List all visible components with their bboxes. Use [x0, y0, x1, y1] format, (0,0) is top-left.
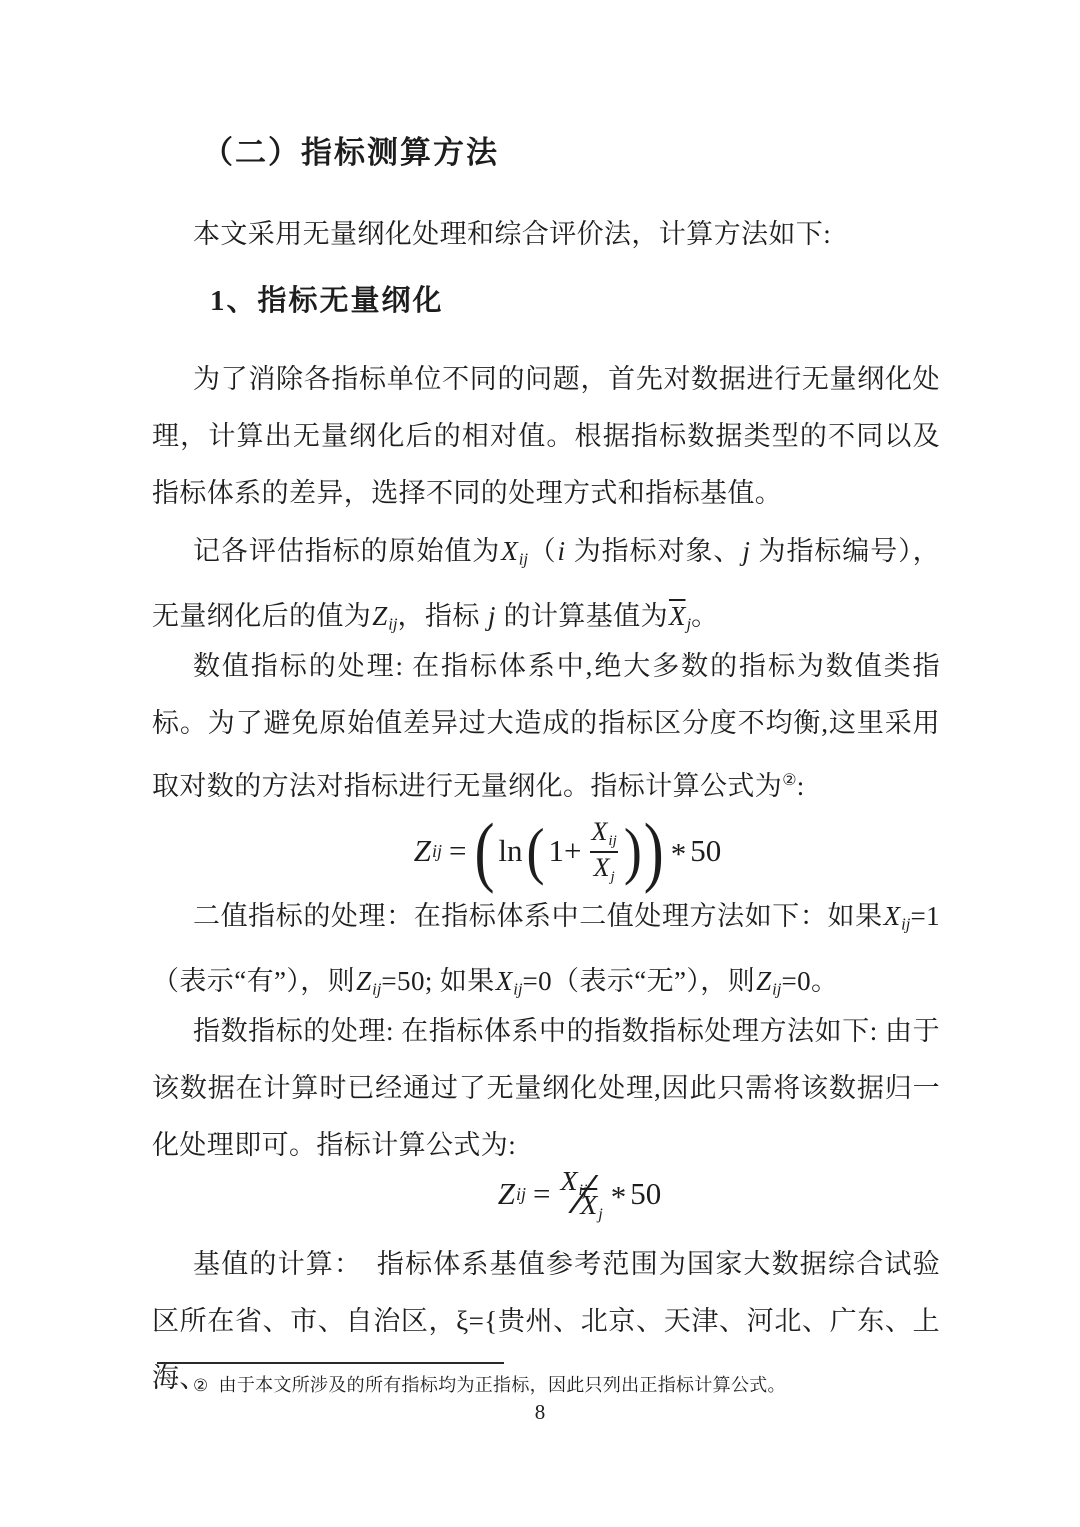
fraction-denominator: Xj [590, 851, 618, 886]
formula-log-transform: Zij = ( ln ( 1+ Xij Xj ) ) * 50 [152, 806, 938, 896]
intro-paragraph: 本文采用无量纲化处理和综合评价法，计算方法如下: [152, 206, 940, 263]
factor-50: 50 [630, 1176, 661, 1212]
formula-ratio-body: Zij = Xij ∕ Xj * 50 [497, 1165, 662, 1223]
close-paren-inner: ) [624, 819, 642, 883]
subsection-heading: 1、指标无量纲化 [152, 279, 996, 323]
footnote-text: 由于本文所涉及的所有指标均为正指标，因此只列出正指标计算公式。 [219, 1375, 786, 1395]
equals-sign: = [533, 1176, 550, 1212]
section-heading: （二）指标测算方法 [152, 131, 988, 175]
formula-lhs: Z [413, 833, 432, 869]
equals-sign: = [449, 833, 466, 869]
ln-operator: ln [498, 833, 522, 869]
formula-log-body: Zij = ( ln ( 1+ Xij Xj ) ) * 50 [413, 817, 722, 886]
skew-denominator: Xj [579, 1190, 603, 1224]
open-paren-outer: ( [474, 812, 494, 890]
multiply-sign: * [611, 1179, 627, 1215]
document-page: （二）指标测算方法 本文采用无量纲化处理和综合评价法，计算方法如下: 1、指标无… [0, 0, 1080, 1527]
formula-ratio: Zij = Xij ∕ Xj * 50 [152, 1156, 938, 1232]
footnote: ②由于本文所涉及的所有指标均为正指标，因此只列出正指标计算公式。 [193, 1372, 853, 1399]
multiply-sign: * [671, 836, 687, 872]
footnote-marker: ② [193, 1376, 209, 1395]
footnote-divider [157, 1362, 504, 1364]
paragraph-index-indicator: 指数指标的处理: 在指标体系中的指数指标处理方法如下: 由于该数据在计算时已经通… [152, 1003, 940, 1174]
paragraph-numeric-indicator: 数值指标的处理: 在指标体系中,绝大多数的指标为数值类指标。为了避免原始值差异过… [152, 638, 940, 815]
one-plus-term: 1+ [549, 833, 582, 869]
fraction-numerator: Xij [588, 817, 620, 851]
skew-fraction: Xij ∕ Xj [559, 1165, 602, 1223]
paragraph-notation: 记各评估指标的原始值为Xij（i 为指标对象、j 为指标编号），无量纲化后的值为… [152, 523, 940, 652]
open-paren-inner: ( [527, 819, 545, 883]
factor-50: 50 [690, 833, 721, 869]
close-paren-outer: ) [644, 812, 664, 890]
page-number: 8 [0, 1400, 1080, 1425]
fraction: Xij Xj [588, 817, 620, 886]
paragraph-dimensionless: 为了消除各指标单位不同的问题，首先对数据进行无量纲化处理，计算出无量纲化后的相对… [152, 351, 940, 522]
formula-lhs: Z [497, 1176, 516, 1212]
paragraph-binary-indicator: 二值指标的处理：在指标体系中二值处理方法如下：如果Xij=1（表示“有”），则Z… [152, 888, 940, 1017]
